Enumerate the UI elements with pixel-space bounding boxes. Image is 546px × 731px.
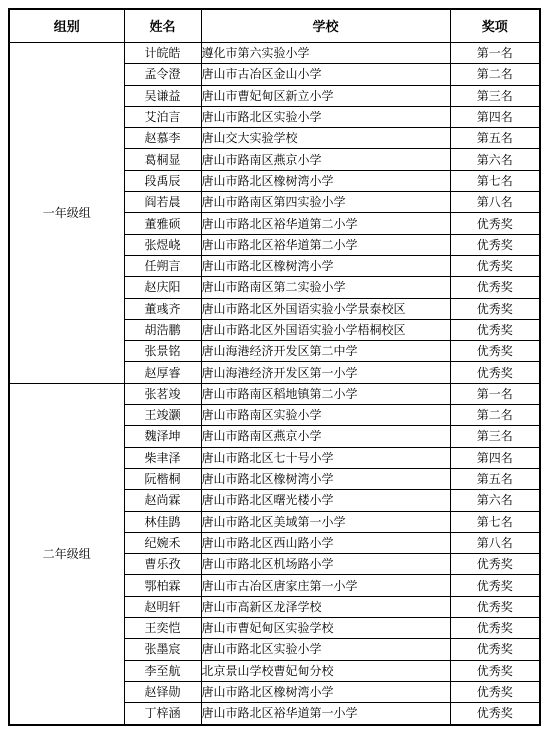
award-cell: 第六名 [450, 490, 540, 511]
group-cell: 二年级组 [9, 383, 124, 724]
award-cell: 第二名 [450, 64, 540, 85]
student-name-cell: 胡浩鹏 [124, 319, 201, 340]
school-cell: 北京景山学校曹妃甸分校 [201, 660, 450, 681]
student-name-cell: 赵明轩 [124, 596, 201, 617]
award-cell: 第二名 [450, 405, 540, 426]
award-cell: 优秀奖 [450, 298, 540, 319]
award-cell: 优秀奖 [450, 575, 540, 596]
student-name-cell: 赵厚睿 [124, 362, 201, 383]
award-cell: 第四名 [450, 106, 540, 127]
student-name-cell: 王奕恺 [124, 618, 201, 639]
award-cell: 第一名 [450, 43, 540, 64]
student-name-cell: 张茗竣 [124, 383, 201, 404]
student-name-cell: 阮楷桐 [124, 468, 201, 489]
award-cell: 优秀奖 [450, 213, 540, 234]
award-cell: 优秀奖 [450, 362, 540, 383]
student-name-cell: 丁梓涵 [124, 703, 201, 725]
award-cell: 第五名 [450, 468, 540, 489]
award-cell: 第三名 [450, 426, 540, 447]
award-cell: 优秀奖 [450, 277, 540, 298]
student-name-cell: 艾泊言 [124, 106, 201, 127]
student-name-cell: 张墨宸 [124, 639, 201, 660]
award-cell: 优秀奖 [450, 681, 540, 702]
student-name-cell: 孟令澄 [124, 64, 201, 85]
award-cell: 第五名 [450, 128, 540, 149]
school-cell: 唐山市路北区橡树湾小学 [201, 468, 450, 489]
student-name-cell: 董雅硕 [124, 213, 201, 234]
award-cell: 优秀奖 [450, 319, 540, 340]
student-name-cell: 阎若晨 [124, 192, 201, 213]
school-cell: 唐山交大实验学校 [201, 128, 450, 149]
school-cell: 唐山市路北区外国语实验小学景泰校区 [201, 298, 450, 319]
student-name-cell: 赵尚霖 [124, 490, 201, 511]
student-name-cell: 吴谦益 [124, 85, 201, 106]
school-cell: 唐山市路北区曙光楼小学 [201, 490, 450, 511]
award-cell: 优秀奖 [450, 341, 540, 362]
school-cell: 唐山市路南区第二实验小学 [201, 277, 450, 298]
school-cell: 唐山市路北区美域第一小学 [201, 511, 450, 532]
school-cell: 遵化市第六实验小学 [201, 43, 450, 64]
school-cell: 唐山海港经济开发区第二中学 [201, 341, 450, 362]
school-cell: 唐山市路南区实验小学 [201, 405, 450, 426]
award-cell: 第三名 [450, 85, 540, 106]
award-cell: 优秀奖 [450, 660, 540, 681]
school-cell: 唐山市曹妃甸区实验学校 [201, 618, 450, 639]
header-group: 组别 [9, 9, 124, 43]
school-cell: 唐山市路北区实验小学 [201, 639, 450, 660]
award-cell: 优秀奖 [450, 618, 540, 639]
award-cell: 第四名 [450, 447, 540, 468]
page: 组别 姓名 学校 奖项 一年级组计皖皓遵化市第六实验小学第一名孟令澄唐山市古冶区… [0, 0, 546, 731]
award-cell: 第一名 [450, 383, 540, 404]
group-cell: 一年级组 [9, 43, 124, 384]
student-name-cell: 曹乐孜 [124, 554, 201, 575]
table-row: 一年级组计皖皓遵化市第六实验小学第一名 [9, 43, 540, 64]
table-header: 组别 姓名 学校 奖项 [9, 9, 540, 43]
header-name: 姓名 [124, 9, 201, 43]
student-name-cell: 纪婉禾 [124, 532, 201, 553]
awards-table: 组别 姓名 学校 奖项 一年级组计皖皓遵化市第六实验小学第一名孟令澄唐山市古冶区… [8, 8, 541, 726]
award-cell: 第八名 [450, 192, 540, 213]
student-name-cell: 张景铭 [124, 341, 201, 362]
student-name-cell: 董彧齐 [124, 298, 201, 319]
school-cell: 唐山市路北区实验小学 [201, 106, 450, 127]
award-cell: 优秀奖 [450, 255, 540, 276]
award-cell: 第六名 [450, 149, 540, 170]
school-cell: 唐山市曹妃甸区新立小学 [201, 85, 450, 106]
school-cell: 唐山市路北区橡树湾小学 [201, 681, 450, 702]
school-cell: 唐山市路北区裕华道第一小学 [201, 703, 450, 725]
school-cell: 唐山市路北区七十号小学 [201, 447, 450, 468]
student-name-cell: 魏泽坤 [124, 426, 201, 447]
student-name-cell: 葛桐显 [124, 149, 201, 170]
student-name-cell: 张煜峣 [124, 234, 201, 255]
school-cell: 唐山市古冶区唐家庄第一小学 [201, 575, 450, 596]
school-cell: 唐山市路北区裕华道第二小学 [201, 234, 450, 255]
student-name-cell: 计皖皓 [124, 43, 201, 64]
award-cell: 第八名 [450, 532, 540, 553]
award-cell: 优秀奖 [450, 234, 540, 255]
school-cell: 唐山海港经济开发区第一小学 [201, 362, 450, 383]
school-cell: 唐山市高新区龙泽学校 [201, 596, 450, 617]
school-cell: 唐山市古冶区金山小学 [201, 64, 450, 85]
student-name-cell: 赵慕李 [124, 128, 201, 149]
student-name-cell: 赵庆阳 [124, 277, 201, 298]
award-cell: 优秀奖 [450, 554, 540, 575]
award-cell: 优秀奖 [450, 703, 540, 725]
student-name-cell: 任朔言 [124, 255, 201, 276]
header-award: 奖项 [450, 9, 540, 43]
school-cell: 唐山市路北区裕华道第二小学 [201, 213, 450, 234]
school-cell: 唐山市路南区燕京小学 [201, 426, 450, 447]
award-cell: 第七名 [450, 170, 540, 191]
table-row: 二年级组张茗竣唐山市路南区稻地镇第二小学第一名 [9, 383, 540, 404]
school-cell: 唐山市路南区稻地镇第二小学 [201, 383, 450, 404]
student-name-cell: 赵铎勋 [124, 681, 201, 702]
award-cell: 优秀奖 [450, 639, 540, 660]
student-name-cell: 王竣灏 [124, 405, 201, 426]
school-cell: 唐山市路北区机场路小学 [201, 554, 450, 575]
award-cell: 优秀奖 [450, 596, 540, 617]
table-body: 一年级组计皖皓遵化市第六实验小学第一名孟令澄唐山市古冶区金山小学第二名吴谦益唐山… [9, 43, 540, 725]
student-name-cell: 李至航 [124, 660, 201, 681]
student-name-cell: 柴聿泽 [124, 447, 201, 468]
school-cell: 唐山市路北区橡树湾小学 [201, 255, 450, 276]
student-name-cell: 鄂柏霖 [124, 575, 201, 596]
student-name-cell: 林佳鹍 [124, 511, 201, 532]
school-cell: 唐山市路南区燕京小学 [201, 149, 450, 170]
school-cell: 唐山市路北区外国语实验小学梧桐校区 [201, 319, 450, 340]
school-cell: 唐山市路南区第四实验小学 [201, 192, 450, 213]
school-cell: 唐山市路北区橡树湾小学 [201, 170, 450, 191]
student-name-cell: 段禹辰 [124, 170, 201, 191]
award-cell: 第七名 [450, 511, 540, 532]
header-row: 组别 姓名 学校 奖项 [9, 9, 540, 43]
school-cell: 唐山市路北区西山路小学 [201, 532, 450, 553]
header-school: 学校 [201, 9, 450, 43]
